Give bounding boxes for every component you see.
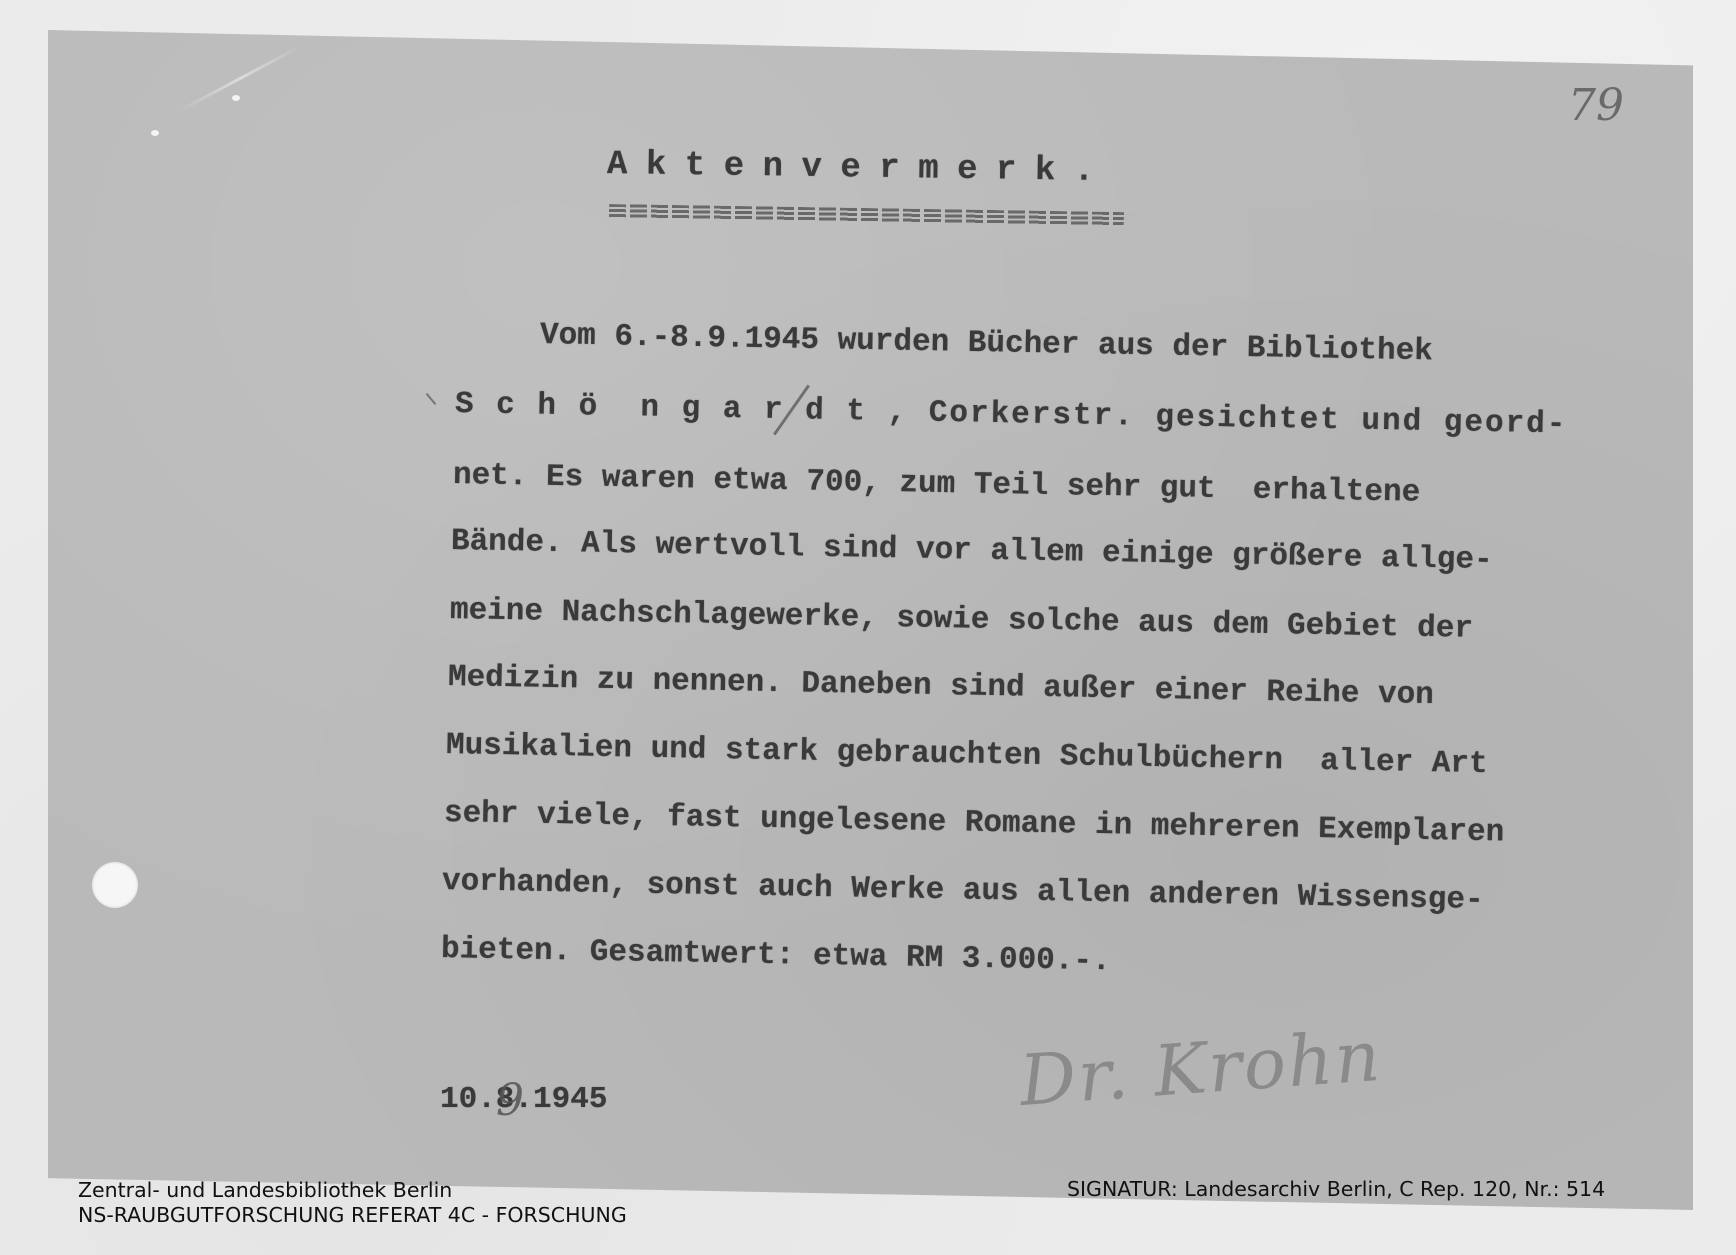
- paper-blemish: [232, 95, 240, 101]
- document-title: Aktenvermerk.: [607, 146, 1113, 191]
- footer-signatur: SIGNATUR: Landesarchiv Berlin, C Rep. 12…: [1067, 1177, 1605, 1202]
- paper-crease: [177, 44, 302, 112]
- handwritten-date-correction: 9: [496, 1075, 524, 1126]
- paper-blemish: [151, 130, 159, 136]
- footer-library-name: Zentral- und Landesbibliothek Berlin: [78, 1178, 627, 1203]
- footer-department: NS-RAUBGUTFORSCHUNG REFERAT 4C - FORSCHU…: [78, 1203, 627, 1228]
- punch-hole: [92, 862, 138, 908]
- handwritten-page-number: 79: [1568, 80, 1624, 131]
- footer-institution: Zentral- und Landesbibliothek Berlin NS-…: [78, 1178, 627, 1228]
